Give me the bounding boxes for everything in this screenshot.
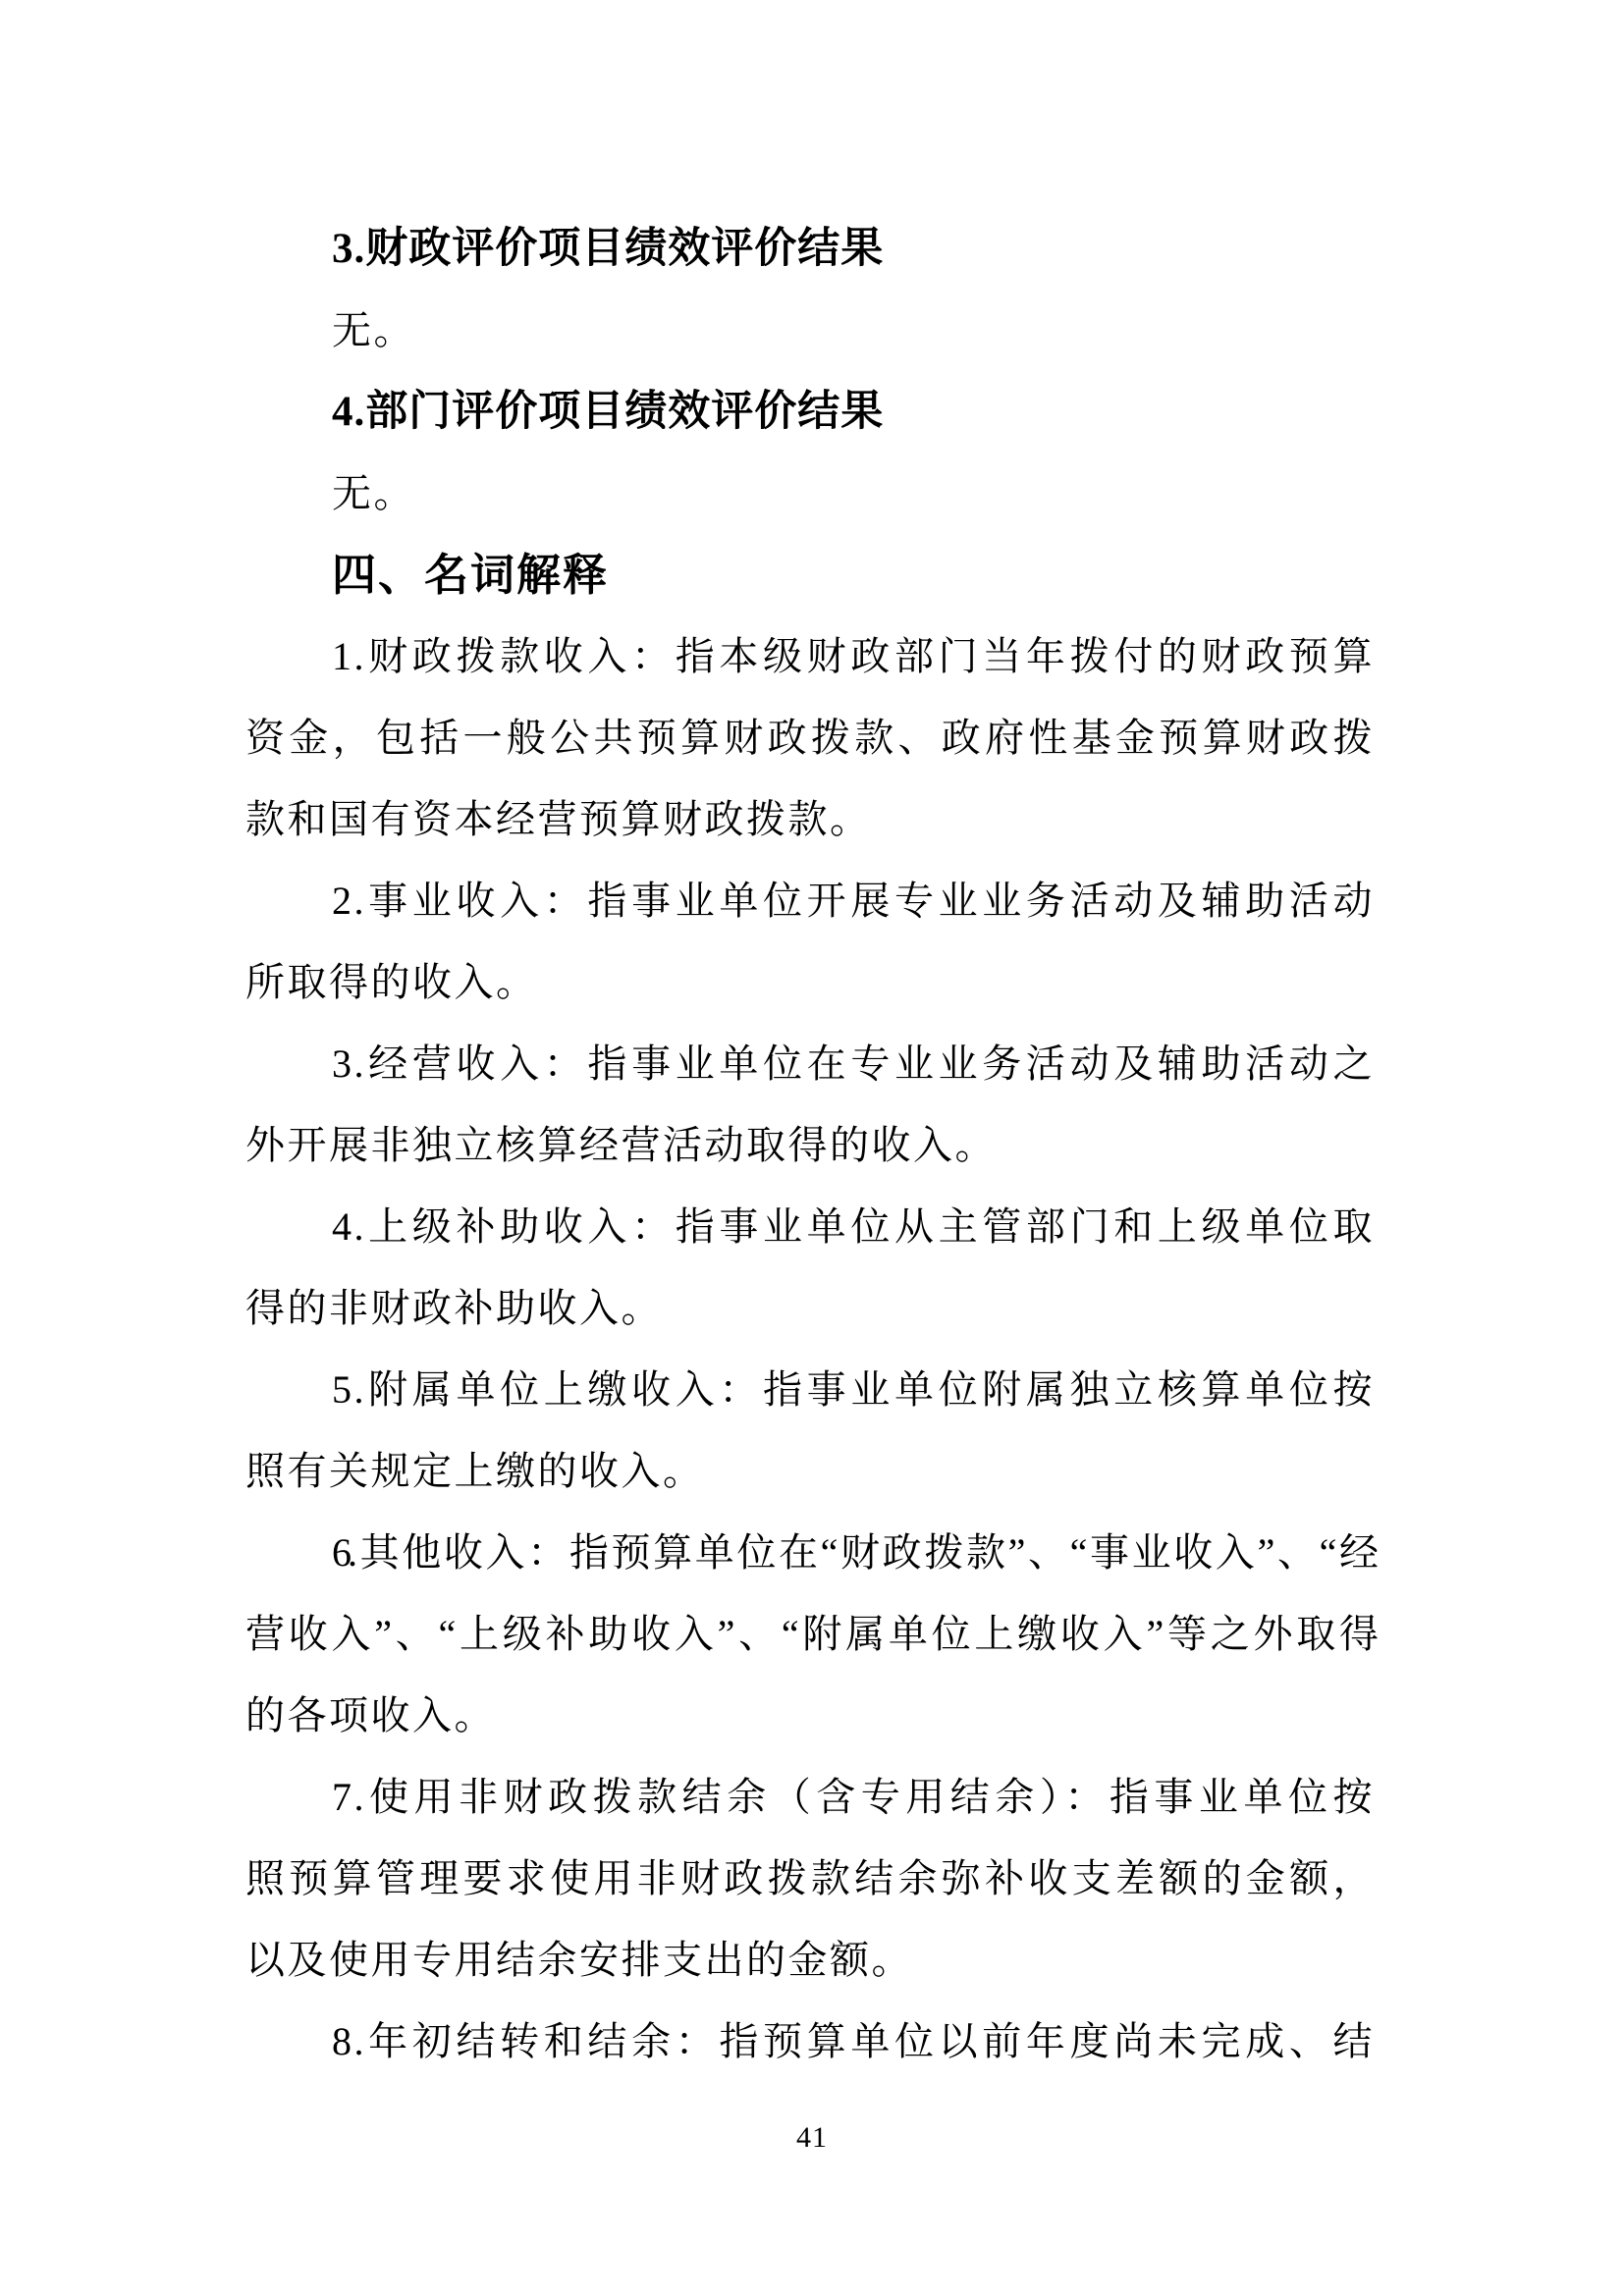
section-heading: 四、名词解释 [245, 534, 1375, 615]
body-line: 照预算管理要求使用非财政拨款结余弥补收支差额的金额， [245, 1838, 1375, 1919]
body-line: 无。 [245, 453, 1375, 534]
page-number: 41 [0, 2118, 1624, 2158]
body-line: 照有关规定上缴的收入。 [245, 1430, 1375, 1512]
body-line: 1.财政拨款收入：指本级财政部门当年拨付的财政预算 [245, 615, 1375, 697]
body-line: 营收入”、“上级补助收入”、“附属单位上缴收入”等之外取得 [245, 1593, 1375, 1675]
body-line: 外开展非独立核算经营活动取得的收入。 [245, 1104, 1375, 1186]
body-line: 4.上级补助收入：指事业单位从主管部门和上级单位取 [245, 1186, 1375, 1267]
body-line: 以及使用专用结余安排支出的金额。 [245, 1919, 1375, 2001]
body-line: 所取得的收入。 [245, 941, 1375, 1023]
body-line: 7.使用非财政拨款结余（含专用结余）：指事业单位按 [245, 1756, 1375, 1838]
document-content: 3.财政评价项目绩效评价结果无。4.部门评价项目绩效评价结果无。四、名词解释1.… [245, 208, 1375, 2082]
body-line: 5.附属单位上缴收入：指事业单位附属独立核算单位按 [245, 1349, 1375, 1430]
body-line: 资金，包括一般公共预算财政拨款、政府性基金预算财政拨 [245, 697, 1375, 778]
section-heading: 3.财政评价项目绩效评价结果 [245, 208, 1375, 290]
body-line: 8.年初结转和结余：指预算单位以前年度尚未完成、结 [245, 2001, 1375, 2082]
body-line: 3.经营收入：指事业单位在专业业务活动及辅助活动之 [245, 1023, 1375, 1104]
body-line: 2.事业收入：指事业单位开展专业业务活动及辅助活动 [245, 860, 1375, 941]
section-heading: 4.部门评价项目绩效评价结果 [245, 371, 1375, 453]
body-line: 6.其他收入：指预算单位在“财政拨款”、“事业收入”、“经 [245, 1512, 1375, 1593]
document-page: 3.财政评价项目绩效评价结果无。4.部门评价项目绩效评价结果无。四、名词解释1.… [0, 0, 1624, 2296]
body-line: 的各项收入。 [245, 1675, 1375, 1756]
body-line: 得的非财政补助收入。 [245, 1267, 1375, 1349]
body-line: 无。 [245, 290, 1375, 371]
body-line: 款和国有资本经营预算财政拨款。 [245, 778, 1375, 860]
